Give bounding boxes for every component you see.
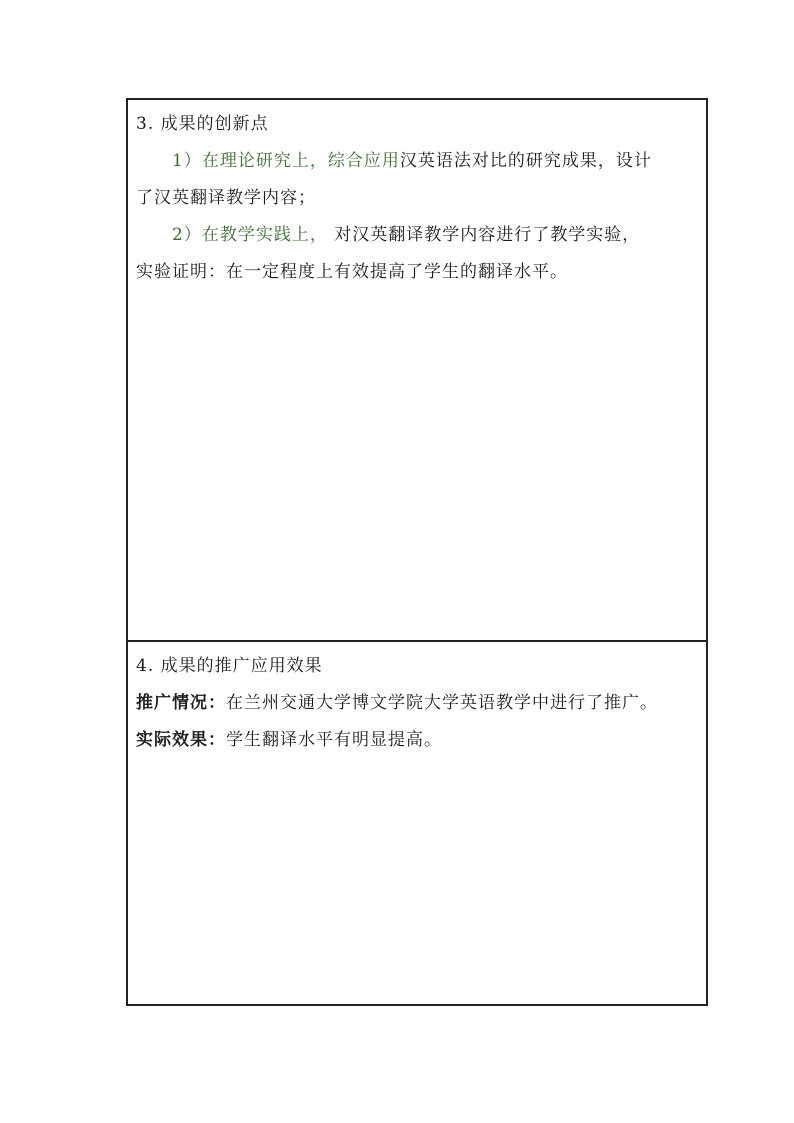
highlighted-text: 2）在教学实践上， bbox=[172, 225, 328, 245]
section-heading: 4. 成果的推广应用效果 bbox=[136, 648, 698, 685]
effect-text: 学生翻译水平有明显提高。 bbox=[226, 730, 442, 750]
application-section: 4. 成果的推广应用效果 推广情况：在兰州交通大学博文学院大学英语教学中进行了推… bbox=[128, 642, 706, 1004]
innovation-item-1-continued: 了汉英翻译教学内容； bbox=[136, 180, 698, 217]
promotion-label: 推广情况： bbox=[136, 693, 226, 713]
innovation-item-1: 1）在理论研究上，综合应用汉英语法对比的研究成果，设计 bbox=[136, 143, 698, 180]
innovation-section: 3. 成果的创新点 1）在理论研究上，综合应用汉英语法对比的研究成果，设计 了汉… bbox=[128, 100, 706, 642]
effect-line: 实际效果：学生翻译水平有明显提高。 bbox=[136, 722, 698, 759]
body-text: 对汉英翻译教学内容进行了教学实验， bbox=[328, 225, 640, 245]
innovation-item-2-continued: 实验证明：在一定程度上有效提高了学生的翻译水平。 bbox=[136, 254, 698, 291]
section-heading: 3. 成果的创新点 bbox=[136, 106, 698, 143]
form-table: 3. 成果的创新点 1）在理论研究上，综合应用汉英语法对比的研究成果，设计 了汉… bbox=[126, 98, 708, 1006]
effect-label: 实际效果： bbox=[136, 730, 226, 750]
innovation-item-2: 2）在教学实践上， 对汉英翻译教学内容进行了教学实验， bbox=[136, 217, 698, 254]
body-text: 汉英语法对比的研究成果，设计 bbox=[400, 151, 652, 171]
promotion-text: 在兰州交通大学博文学院大学英语教学中进行了推广。 bbox=[226, 693, 658, 713]
highlighted-text: 1）在理论研究上，综合应用 bbox=[172, 151, 400, 171]
promotion-line: 推广情况：在兰州交通大学博文学院大学英语教学中进行了推广。 bbox=[136, 685, 698, 722]
